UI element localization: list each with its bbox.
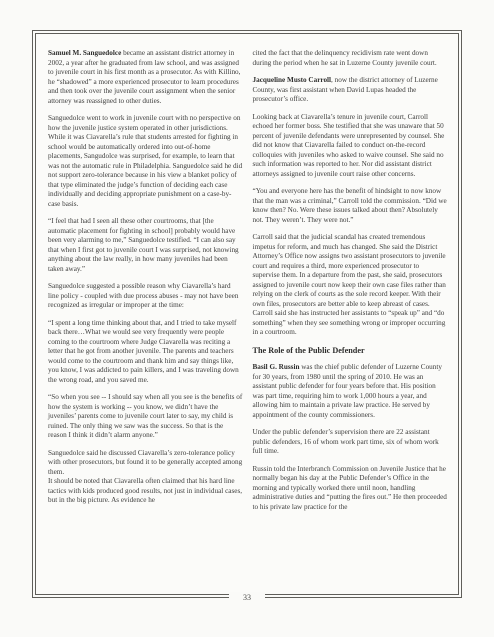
paragraph: Under the public defender’s supervision …	[253, 428, 448, 457]
paragraph: Sanguedolce went to work in juvenile cou…	[48, 114, 243, 209]
paragraph: Samuel M. Sanguedolce became an assistan…	[48, 49, 243, 106]
paragraph: Basil G. Russin was the chief public def…	[253, 363, 448, 420]
person-name: Jacqueline Musto Carroll	[253, 76, 332, 84]
paragraph: “I spent a long time thinking about that…	[48, 319, 243, 386]
person-name: Samuel M. Sanguedolce	[48, 49, 121, 57]
right-column: cited the fact that the delinquency reci…	[253, 49, 448, 520]
two-column-layout: Samuel M. Sanguedolce became an assistan…	[48, 49, 447, 520]
page-content: Samuel M. Sanguedolce became an assistan…	[35, 33, 459, 595]
paragraph: “I feel that had I seen all these other …	[48, 217, 243, 274]
document-page: Samuel M. Sanguedolce became an assistan…	[0, 0, 494, 637]
left-column: Samuel M. Sanguedolce became an assistan…	[48, 49, 243, 520]
page-number: 33	[229, 592, 265, 603]
paragraph: “So when you see -- I should say when al…	[48, 393, 243, 441]
paragraph: Looking back at Ciavarella’s tenure in j…	[253, 113, 448, 180]
paragraph: “You and everyone here has the benefit o…	[253, 187, 448, 225]
paragraph: cited the fact that the delinquency reci…	[253, 49, 448, 68]
paragraph: Jacqueline Musto Carroll, now the distri…	[253, 76, 448, 105]
paragraph: Sanguedolce said he discussed Ciavarella…	[48, 449, 243, 478]
paragraph: Sanguedolce suggested a possible reason …	[48, 282, 243, 311]
page-border: Samuel M. Sanguedolce became an assistan…	[32, 30, 462, 598]
person-name: Basil G. Russin	[253, 363, 300, 371]
paragraph: It should be noted that Ciavarella often…	[48, 477, 243, 506]
paragraph: Carroll said that the judicial scandal h…	[253, 233, 448, 338]
paragraph: Russin told the Interbranch Commission o…	[253, 465, 448, 513]
section-heading: The Role of the Public Defender	[253, 346, 448, 357]
